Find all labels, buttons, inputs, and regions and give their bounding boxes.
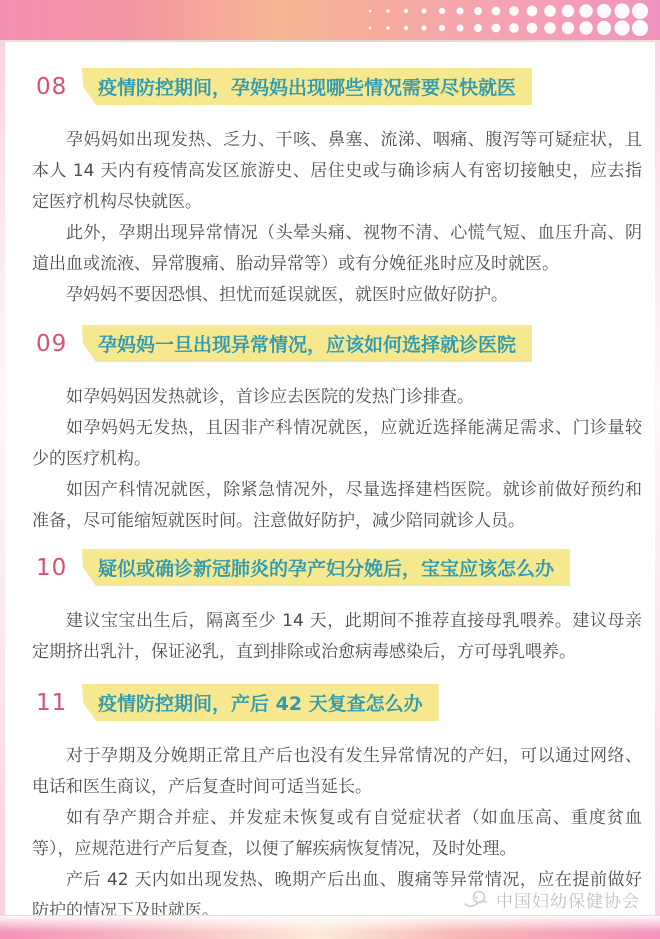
section-number: 09 [36, 331, 78, 357]
section-08-heading: 08 疫情防控期间，孕妈妈出现哪些情况需要尽快就医 [36, 68, 660, 105]
section-11-heading: 11 疫情防控期间，产后 42 天复查怎么办 [36, 684, 660, 721]
paragraph: 此外，孕期出现异常情况（头晕头痛、视物不清、心慌气短、血压升高、阴道出血或流液、… [32, 218, 642, 280]
paragraph: 如因产科情况就医，除紧急情况外，尽量选择建档医院。就诊前做好预约和准备，尽可能缩… [32, 475, 642, 537]
footer-org-name: 中国妇幼保健协会 [496, 887, 640, 912]
top-banner [0, 0, 660, 40]
paragraph: 孕妈妈不要因恐惧、担忧而延误就医，就医时应做好防护。 [32, 280, 642, 311]
bottom-banner [0, 916, 660, 939]
section-title: 疫情防控期间，孕妈妈出现哪些情况需要尽快就医 [70, 68, 532, 105]
section-number: 10 [36, 555, 78, 581]
section-number: 08 [36, 74, 78, 100]
paragraph: 如孕妈妈无发热，且因非产科情况就医，应就近选择能满足需求、门诊量较少的医疗机构。 [32, 413, 642, 475]
paragraph: 孕妈妈如出现发热、乏力、干咳、鼻塞、流涕、咽痛、腹泻等可疑症状，且本人 14 天… [32, 125, 642, 218]
section-09: 09 孕妈妈一旦出现异常情况，应该如何选择就诊医院 如孕妈妈因发热就诊，首诊应去… [0, 325, 660, 537]
section-08: 08 疫情防控期间，孕妈妈出现哪些情况需要尽快就医 孕妈妈如出现发热、乏力、干咳… [0, 68, 660, 311]
halftone-dots [360, 0, 660, 40]
association-logo-icon [462, 889, 490, 911]
section-10: 10 疑似或确诊新冠肺炎的孕产妇分娩后，宝宝应该怎么办 建议宝宝出生后，隔离至少… [0, 549, 660, 668]
section-09-body: 如孕妈妈因发热就诊，首诊应去医院的发热门诊排查。 如孕妈妈无发热，且因非产科情况… [32, 382, 642, 537]
section-title: 孕妈妈一旦出现异常情况，应该如何选择就诊医院 [70, 325, 532, 362]
top-divider [0, 40, 660, 42]
paragraph: 如孕妈妈因发热就诊，首诊应去医院的发热门诊排查。 [32, 382, 642, 413]
paragraph: 对于孕期及分娩期正常且产后也没有发生异常情况的产妇，可以通过网络、电话和医生商议… [32, 741, 642, 803]
section-title: 疫情防控期间，产后 42 天复查怎么办 [70, 684, 439, 721]
paragraph: 如有孕产期合并症、并发症未恢复或有自觉症状者（如血压高、重度贫血等），应规范进行… [32, 803, 642, 865]
paragraph: 建议宝宝出生后，隔离至少 14 天，此期间不推荐直接母乳喂养。建议母亲定期挤出乳… [32, 606, 642, 668]
section-10-body: 建议宝宝出生后，隔离至少 14 天，此期间不推荐直接母乳喂养。建议母亲定期挤出乳… [32, 606, 642, 668]
section-10-heading: 10 疑似或确诊新冠肺炎的孕产妇分娩后，宝宝应该怎么办 [36, 549, 660, 586]
section-09-heading: 09 孕妈妈一旦出现异常情况，应该如何选择就诊医院 [36, 325, 660, 362]
section-title: 疑似或确诊新冠肺炎的孕产妇分娩后，宝宝应该怎么办 [70, 549, 570, 586]
section-number: 11 [36, 690, 78, 716]
footer: 中国妇幼保健协会 [462, 887, 640, 912]
section-08-body: 孕妈妈如出现发热、乏力、干咳、鼻塞、流涕、咽痛、腹泻等可疑症状，且本人 14 天… [32, 125, 642, 311]
